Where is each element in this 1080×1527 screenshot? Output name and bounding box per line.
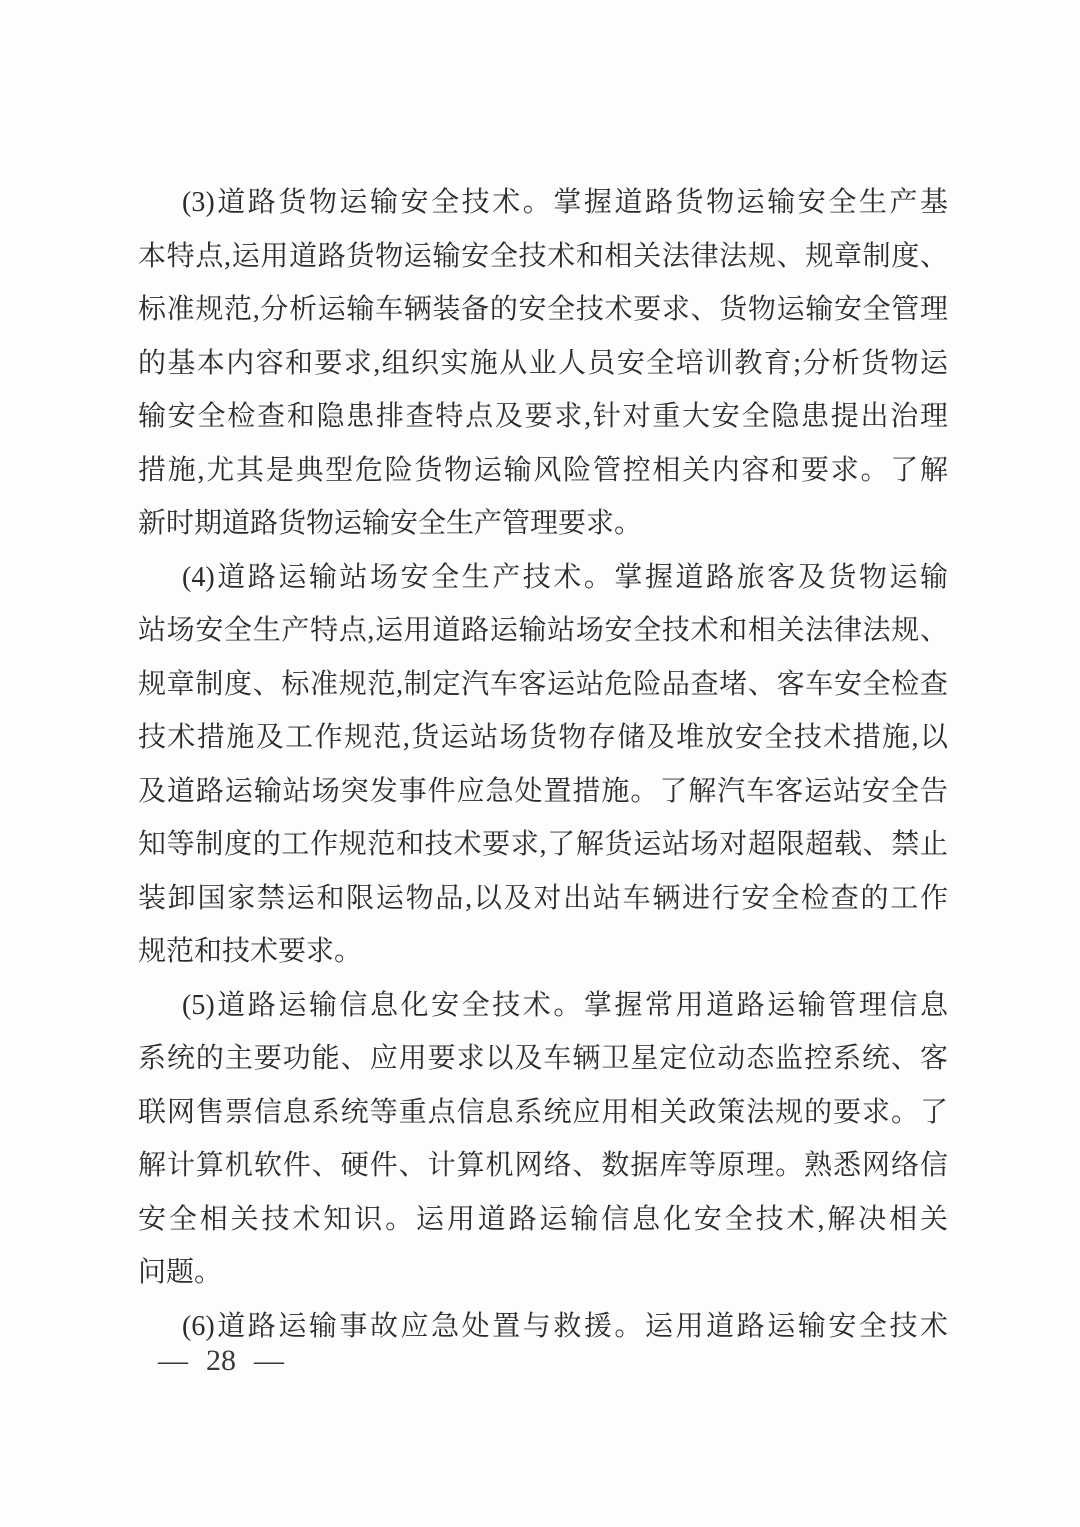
document-text-block: (3)道路货物运输安全技术。掌握道路货物运输安全生产基 本特点,运用道路货物运输… <box>138 176 948 1353</box>
text-line: 技术措施及工作规范,货运站场货物存储及堆放安全技术措施,以 <box>138 711 948 765</box>
text-line: 解计算机软件、硬件、计算机网络、数据库等原理。熟悉网络信息 <box>138 1139 948 1193</box>
text-line: 安全相关技术知识。运用道路运输信息化安全技术,解决相关 <box>138 1193 948 1247</box>
text-line: 装卸国家禁运和限运物品,以及对出站车辆进行安全检查的工作 <box>138 872 948 926</box>
text-line: 输安全检查和隐患排查特点及要求,针对重大安全隐患提出治理 <box>138 390 948 444</box>
text-line: 规范和技术要求。 <box>138 925 948 979</box>
text-line: 系统的主要功能、应用要求以及车辆卫星定位动态监控系统、客运 <box>138 1032 948 1086</box>
text-line: 措施,尤其是典型危险货物运输风险管控相关内容和要求。了解 <box>138 444 948 498</box>
text-line: 问题。 <box>138 1246 948 1300</box>
page-number: 28 <box>206 1344 236 1378</box>
text-line: 本特点,运用道路货物运输安全技术和相关法律法规、规章制度、 <box>138 230 948 284</box>
footer-right-dash: — <box>254 1344 284 1378</box>
text-line: 规章制度、标准规范,制定汽车客运站危险品查堵、客车安全检查 <box>138 658 948 712</box>
text-line: 新时期道路货物运输安全生产管理要求。 <box>138 497 948 551</box>
text-line: 及道路运输站场突发事件应急处置措施。了解汽车客运站安全告 <box>138 765 948 819</box>
text-line: 站场安全生产特点,运用道路运输站场安全技术和相关法律法规、 <box>138 604 948 658</box>
text-line: (4)道路运输站场安全生产技术。掌握道路旅客及货物运输 <box>138 551 948 605</box>
text-line: 知等制度的工作规范和技术要求,了解货运站场对超限超载、禁止 <box>138 818 948 872</box>
text-line: (3)道路货物运输安全技术。掌握道路货物运输安全生产基 <box>138 176 948 230</box>
footer-left-dash: — <box>158 1344 188 1378</box>
page-footer: — 28 — <box>158 1344 284 1378</box>
text-line: 联网售票信息系统等重点信息系统应用相关政策法规的要求。了 <box>138 1086 948 1140</box>
text-line: 标准规范,分析运输车辆装备的安全技术要求、货物运输安全管理 <box>138 283 948 337</box>
text-line: (5)道路运输信息化安全技术。掌握常用道路运输管理信息 <box>138 979 948 1033</box>
text-line: 的基本内容和要求,组织实施从业人员安全培训教育;分析货物运 <box>138 337 948 391</box>
document-page: (3)道路货物运输安全技术。掌握道路货物运输安全生产基 本特点,运用道路货物运输… <box>0 0 1080 1527</box>
